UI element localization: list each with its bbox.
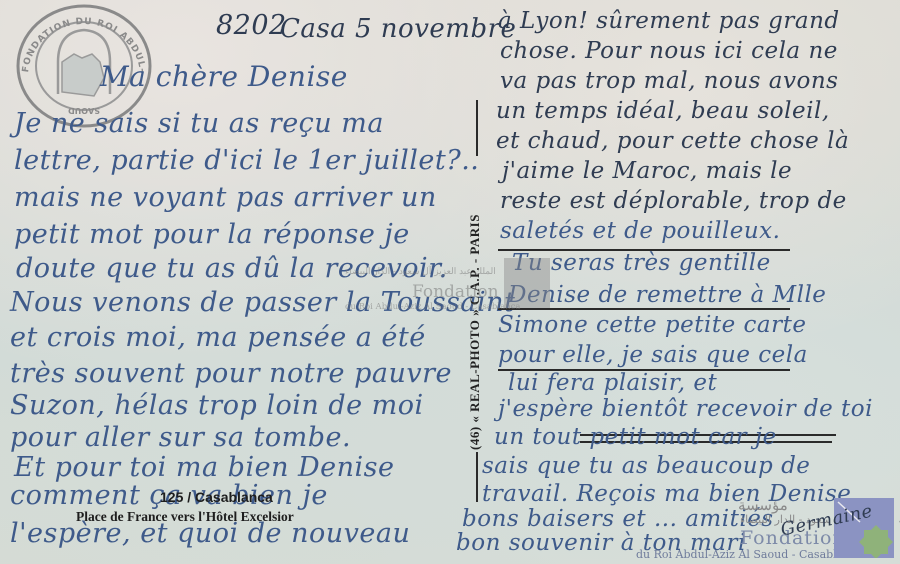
place-date: Casa 5 novembre <box>280 14 516 44</box>
right-line: Simone cette petite carte <box>498 312 806 338</box>
right-line: un temps idéal, beau soleil, <box>496 98 830 124</box>
left-line: petit mot pour la réponse je <box>14 219 410 250</box>
left-line: Suzon, hélas trop loin de moi <box>10 390 424 421</box>
foundation-subtitle: du Roi Abdul-Aziz Al Saoud - Casablanca <box>636 548 863 561</box>
greeting: Ma chère Denise <box>100 60 348 93</box>
left-line: et crois moi, ma pensée a été <box>10 322 426 353</box>
postcard-back: FONDATION DU ROI ABDUL-AZIZ SAOUD 8202 C… <box>0 0 900 564</box>
right-line: Denise de remettre à Mlle <box>508 282 826 308</box>
watermark-logo-icon <box>504 258 550 308</box>
watermark-name: Fondation <box>412 282 499 302</box>
right-line: saletés et de pouilleux. <box>500 218 780 244</box>
right-line: va pas trop mal, nous avons <box>500 68 838 94</box>
left-line: Je ne sais si tu as reçu ma <box>14 108 384 139</box>
right-line: reste est déplorable, trop de <box>500 188 847 214</box>
watermark-subtitle: du Roi Abdul-Aziz Al Saoud - Casablanca <box>345 302 520 312</box>
archive-number: 8202 <box>216 10 287 41</box>
right-line: travail. Reçois ma bien Denise <box>482 481 851 507</box>
left-line: très souvent pour notre pauvre <box>10 358 452 389</box>
address-line-2 <box>498 308 790 310</box>
right-line: pour elle, je sais que cela <box>498 342 808 368</box>
left-line: lettre, partie d'ici le 1er juillet?.. <box>14 145 479 176</box>
right-line: sais que tu as beaucoup de <box>482 453 810 479</box>
caption-subtitle: Place de France vers l'Hôtel Excelsior <box>76 509 294 525</box>
right-line: bons baisers et ... amitiés <box>462 506 774 532</box>
left-line: mais ne voyant pas arriver un <box>14 182 437 213</box>
right-line: Tu seras très gentille <box>512 250 771 276</box>
center-divider-top <box>476 100 478 156</box>
right-line: à Lyon! sûrement pas grand <box>498 8 840 34</box>
watermark-arabic: الملك عبد العزيز آل سعود - الدار البيضاء <box>345 267 496 277</box>
left-line: pour aller sur sa tombe. <box>10 422 351 453</box>
foundation-arabic-title: مؤسسة <box>738 496 788 514</box>
right-line: lui fera plaisir, et <box>508 370 717 396</box>
right-line: un tout petit mot car je <box>494 424 777 450</box>
caption-title: 125 / Casablanca <box>160 489 273 505</box>
right-line: chose. Pour nous ici cela ne <box>500 38 838 64</box>
center-divider-bottom <box>476 452 478 502</box>
right-line: j'espère bientôt recevoir de toi <box>498 396 873 422</box>
right-line: j'aime le Maroc, mais le <box>502 158 792 184</box>
right-line: et chaud, pour cette chose là <box>496 128 849 154</box>
left-line: Et pour toi ma bien Denise <box>14 452 395 483</box>
